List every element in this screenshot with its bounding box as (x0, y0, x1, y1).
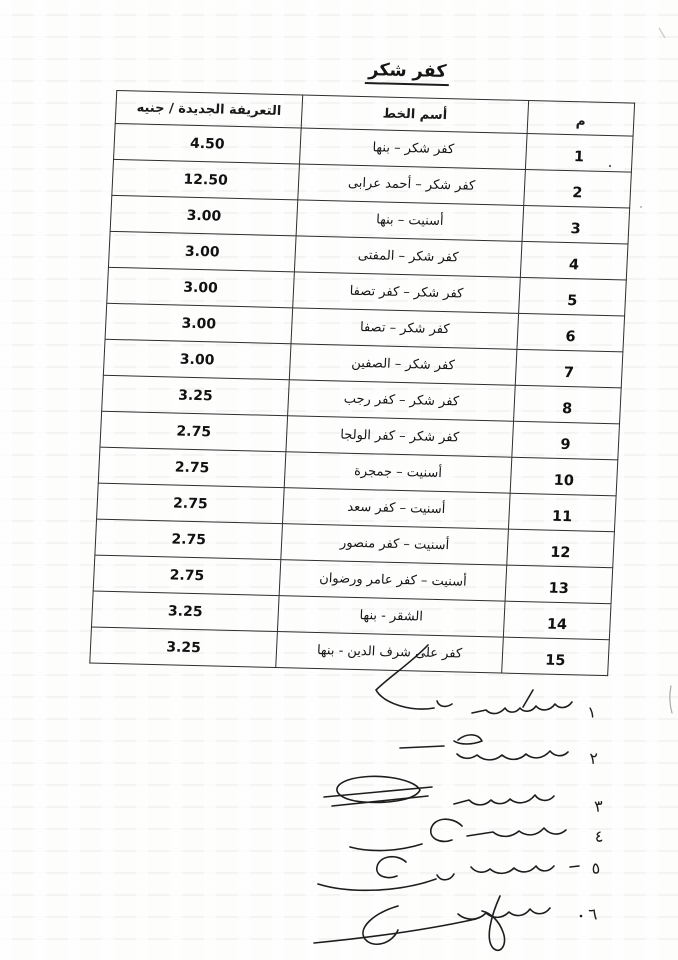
signature-1-script (472, 702, 572, 714)
signature-5-script (471, 866, 554, 873)
signature-3-strike2 (332, 796, 428, 806)
tariff-value: 4.50 (114, 123, 302, 164)
line-name: أسنيت – كفر عامر ورضوان (279, 560, 507, 601)
page-title-text: كفر شكر (365, 60, 450, 86)
line-name: أسنيت – كفر منصور (281, 524, 509, 565)
tariff-value: 12.50 (112, 159, 300, 200)
tariff-value: 3.00 (105, 303, 293, 344)
signature-6-descender (482, 896, 505, 950)
row-number: 7 (515, 349, 623, 388)
tariff-value: 3.00 (103, 339, 291, 380)
line-name: كفر شكر – بنها (299, 128, 527, 169)
line-name: أسنيت – بنها (296, 200, 524, 241)
line-name: الشقر - بنها (277, 596, 505, 637)
signature-2-strike (400, 746, 444, 748)
row-number: 12 (507, 529, 615, 568)
header-tariff: التعريفة الجديدة / جنيه (115, 90, 302, 128)
line-name: كفر شكر – أحمد عرابى (298, 164, 526, 205)
signature-2-script (457, 751, 568, 760)
row-number: 3 (522, 205, 630, 244)
tariff-value: 3.25 (90, 627, 278, 668)
signature-block: ١ ٢ ٣ ٤ (300, 640, 678, 960)
tariff-table: م أسم الخط التعريفة الجديدة / جنيه 1 كفر… (89, 90, 635, 676)
signature-6-curl (363, 906, 398, 944)
signature-number: ٦ (588, 904, 598, 924)
signature-6-strike (314, 919, 476, 943)
line-name: كفر شكر – المفتى (294, 236, 522, 277)
signature-5-dash (570, 866, 579, 867)
signature-5-curl (377, 857, 406, 878)
row-number: 2 (524, 169, 632, 208)
tariff-value: 2.75 (93, 555, 281, 596)
signature-1-slash (523, 690, 533, 707)
signature-number: ٢ (589, 748, 599, 768)
signature-5-underline (318, 879, 436, 890)
row-number: 1 (525, 134, 633, 173)
tariff-value: 3.00 (110, 195, 298, 236)
signature-6-dot (580, 915, 583, 918)
signature-1: ١ (376, 645, 597, 722)
signature-4-script (467, 828, 566, 836)
row-number: 10 (510, 457, 618, 496)
signature-number: ١ (586, 702, 597, 722)
signature-5: ٥ (318, 857, 601, 891)
line-name: كفر شكر – الصفين (289, 344, 517, 385)
tariff-value: 2.75 (95, 519, 283, 560)
line-name: كفر شكر – تصفا (291, 308, 519, 349)
row-number: 5 (519, 277, 627, 316)
signature-5-loop (437, 874, 454, 880)
signature-1-flourish (376, 645, 434, 709)
line-name: أسنيت – كفر سعد (283, 488, 511, 529)
signature-6-script (458, 908, 550, 919)
signature-1-hook (437, 701, 452, 706)
tariff-value: 2.75 (97, 483, 285, 524)
tariff-value: 3.00 (108, 231, 296, 272)
row-number: 4 (520, 241, 628, 280)
header-no: م (527, 101, 635, 137)
signature-number: ٣ (593, 796, 604, 816)
scan-mark (670, 686, 672, 713)
signature-number: ٤ (594, 826, 604, 846)
header-line-name: أسم الخط (301, 95, 528, 133)
tariff-value: 2.75 (100, 411, 288, 452)
row-number: 9 (512, 421, 620, 460)
row-number: 11 (508, 493, 616, 532)
line-name: كفر شكر – كفر رجب (288, 380, 516, 421)
tariff-value: 3.25 (91, 591, 279, 632)
tariff-value: 3.00 (107, 267, 295, 308)
signature-4-tail (350, 844, 422, 851)
signature-2: ٢ (400, 735, 599, 768)
signature-4: ٤ (350, 819, 604, 850)
line-name: أسنيت – جمجرة (284, 452, 512, 493)
row-number: 13 (505, 565, 613, 604)
line-name: كفر شكر – كفر تصفا (293, 272, 521, 313)
signature-6: ٦ (314, 896, 598, 950)
document-body: كفر شكر م أسم الخط التعريفة الجديدة / جن… (89, 54, 636, 676)
line-name: كفر شكر – كفر الولجا (286, 416, 514, 457)
row-number: 8 (514, 385, 622, 424)
signature-number: ٥ (591, 858, 601, 878)
tariff-value: 2.75 (98, 447, 286, 488)
signature-3-script (454, 795, 554, 805)
signature-2-loop (454, 735, 482, 744)
row-number: 14 (503, 601, 611, 640)
signature-4-curl (431, 819, 462, 841)
scanned-document-page: كفر شكر م أسم الخط التعريفة الجديدة / جن… (0, 0, 678, 960)
signature-3: ٣ (324, 776, 604, 816)
row-number: 6 (517, 313, 625, 352)
tariff-value: 3.25 (102, 375, 290, 416)
